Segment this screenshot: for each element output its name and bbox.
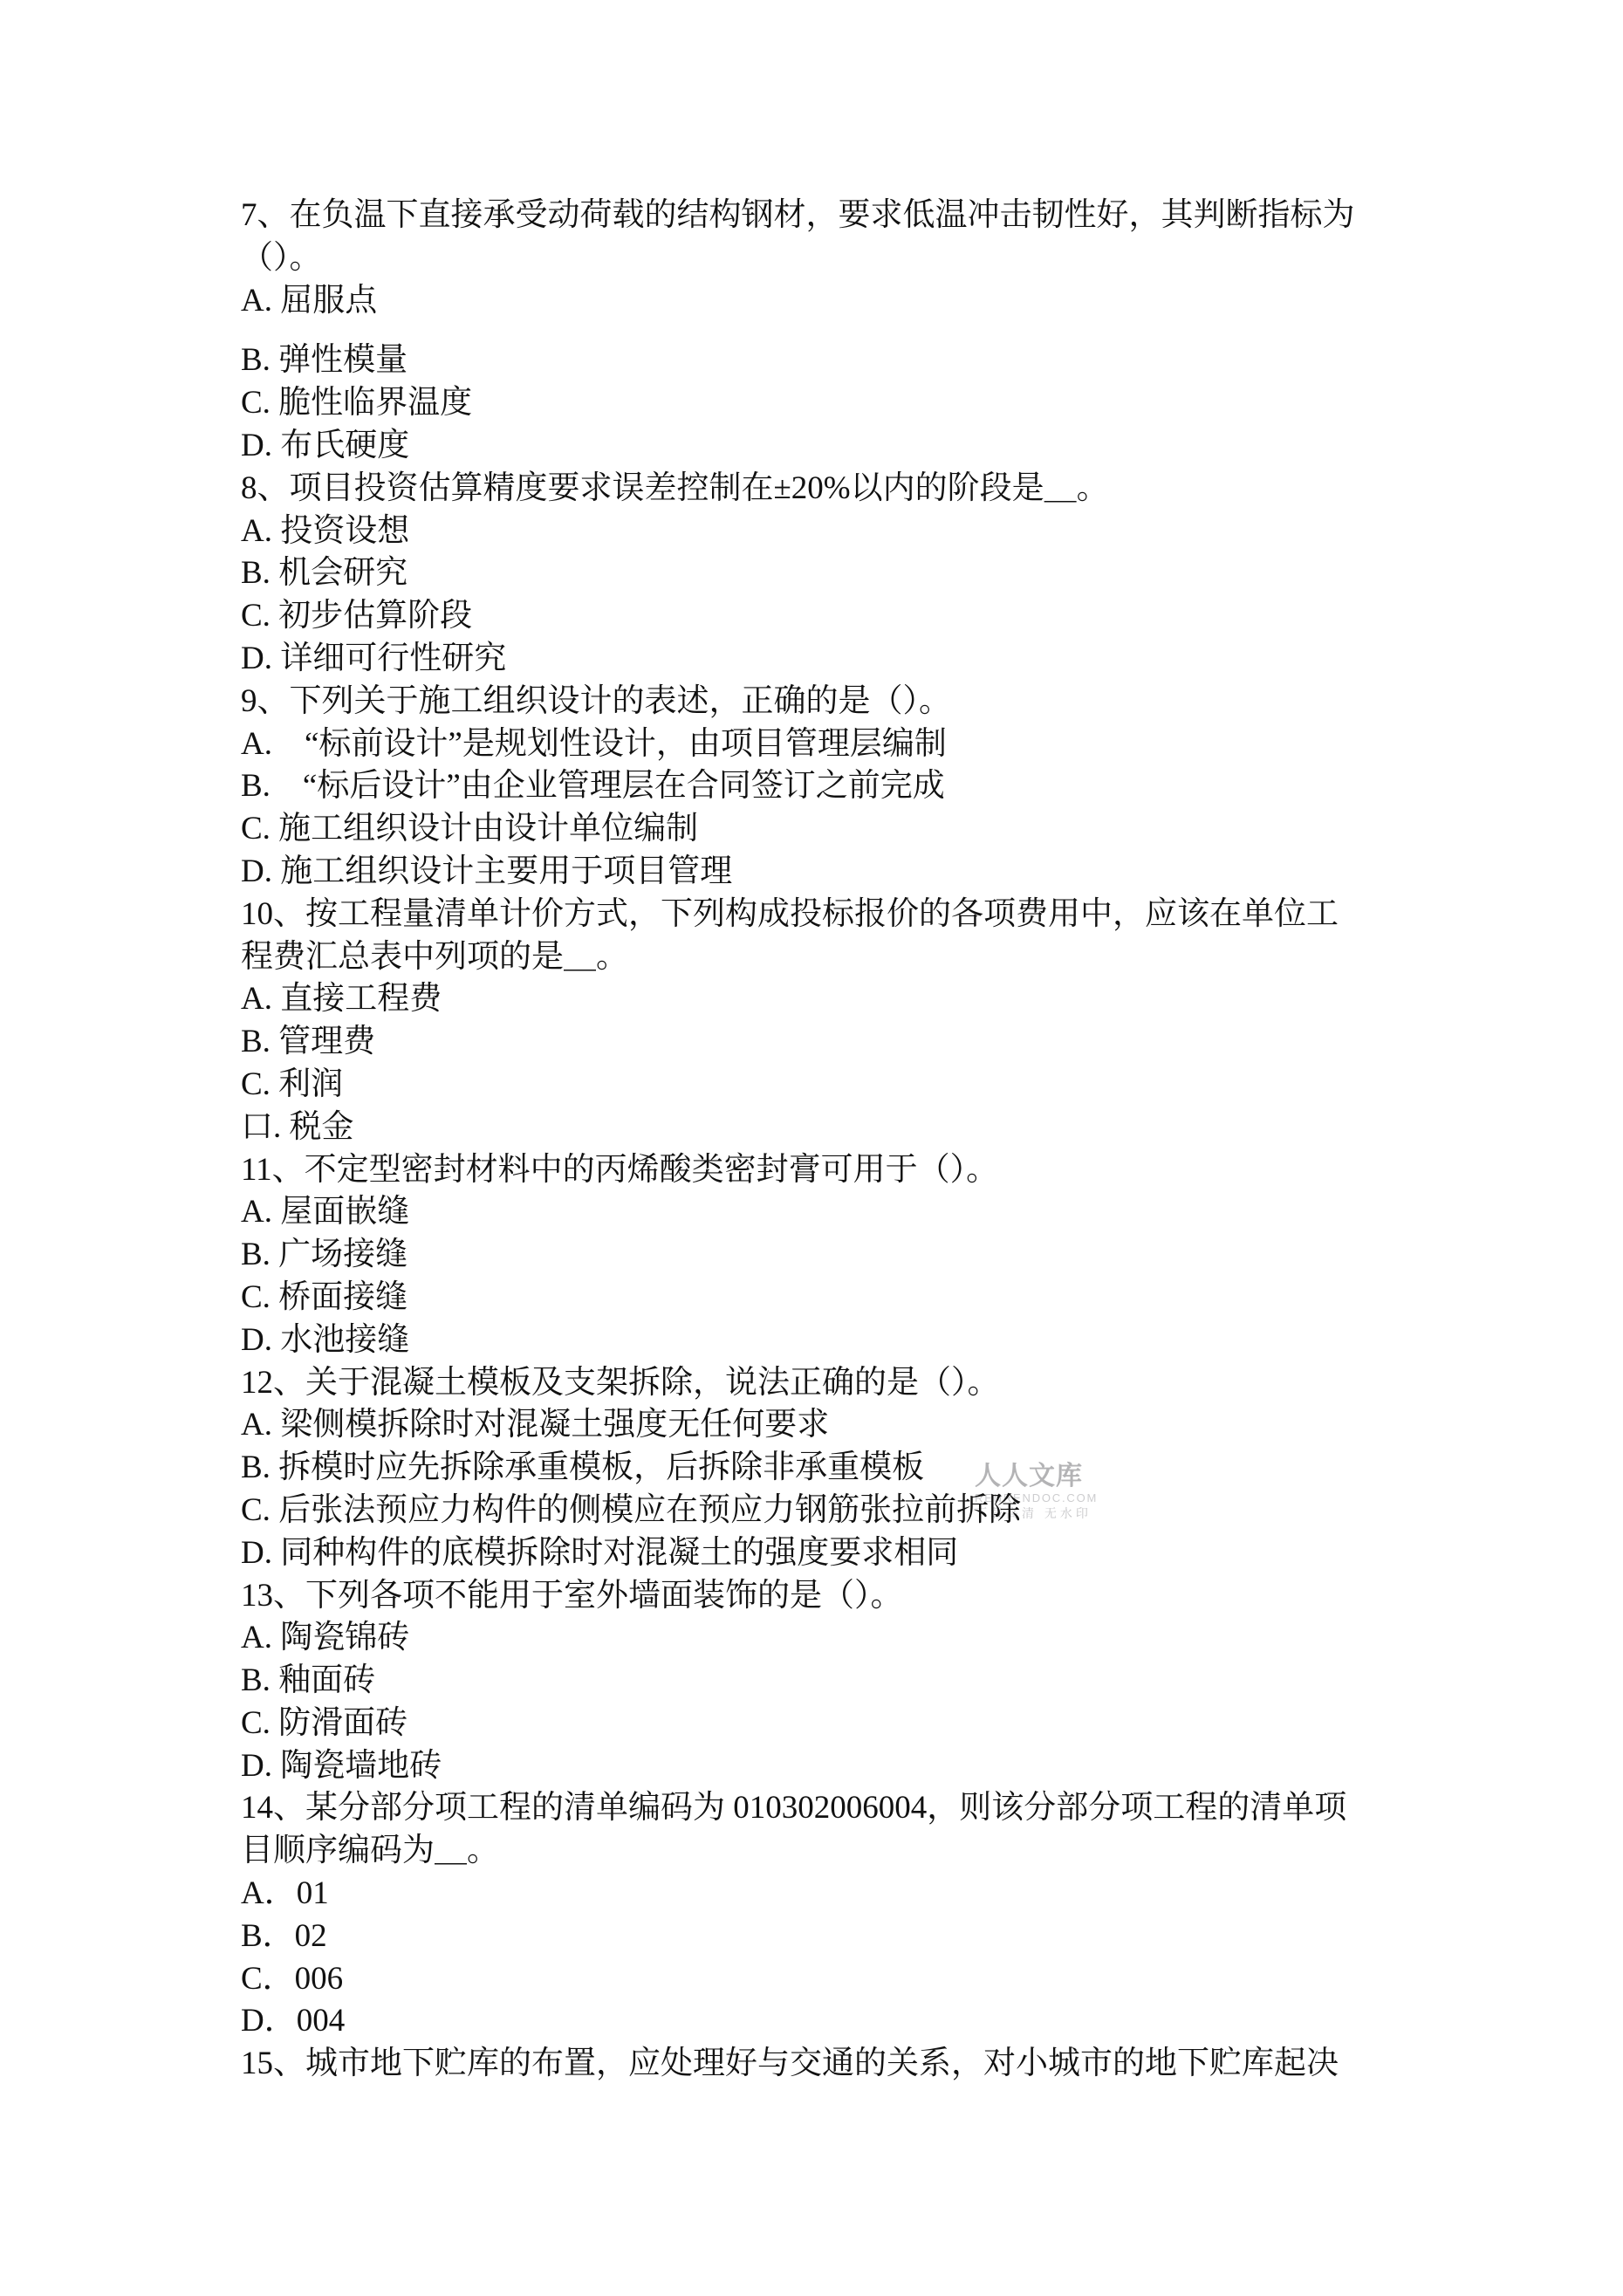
text-line: A. 直接工程费 bbox=[241, 978, 1355, 1021]
text-line: 10、按工程量清单计价方式，下列构成投标报价的各项费用中，应该在单位工 bbox=[241, 894, 1355, 936]
text-line: 程费汇总表中列项的是＿。 bbox=[241, 936, 1355, 979]
text-line: A. 梁侧模拆除时对混凝土强度无任何要求 bbox=[241, 1404, 1355, 1447]
text-line: D. 布氏硬度 bbox=[241, 425, 1355, 468]
text-line: A. 投资设想 bbox=[241, 511, 1355, 553]
text-line: A. 屋面嵌缝 bbox=[241, 1191, 1355, 1234]
text-line: D. 水池接缝 bbox=[241, 1319, 1355, 1362]
text-line: D. 同种构件的底模拆除时对混凝土的强度要求相同 bbox=[241, 1532, 1355, 1575]
text-line: B. 拆模时应先拆除承重模板，后拆除非承重模板 bbox=[241, 1447, 1355, 1490]
text-line: C．006 bbox=[241, 1958, 1355, 2001]
text-line: 12、关于混凝土模板及支架拆除，说法正确的是（）。 bbox=[241, 1362, 1355, 1405]
text-line: B. 弹性模量 bbox=[241, 339, 1355, 382]
text-line: C. 初步估算阶段 bbox=[241, 595, 1355, 638]
text-line: 8、项目投资估算精度要求误差控制在±20%以内的阶段是＿。 bbox=[241, 468, 1355, 511]
text-line: C. 后张法预应力构件的侧模应在预应力钢筋张拉前拆除 bbox=[241, 1490, 1355, 1532]
text-line: D. 陶瓷墙地砖 bbox=[241, 1745, 1355, 1788]
text-line: B. “标后设计”由企业管理层在合同签订之前完成 bbox=[241, 765, 1355, 808]
text-line: D. 施工组织设计主要用于项目管理 bbox=[241, 851, 1355, 894]
text-line: C. 防滑面砖 bbox=[241, 1703, 1355, 1745]
text-line: C. 施工组织设计由设计单位编制 bbox=[241, 808, 1355, 851]
text-line: 11、不定型密封材料中的丙烯酸类密封膏可用于（）。 bbox=[241, 1149, 1355, 1192]
text-line: 15、城市地下贮库的布置，应处理好与交通的关系，对小城市的地下贮库起决 bbox=[241, 2043, 1355, 2086]
text-line: 7、在负温下直接承受动荷载的结构钢材，要求低温冲击韧性好，其判断指标为 bbox=[241, 195, 1355, 237]
text-line: A. “标前设计”是规划性设计，由项目管理层编制 bbox=[241, 723, 1355, 766]
text-line: C. 桥面接缝 bbox=[241, 1277, 1355, 1319]
text-line: 14、某分部分项工程的清单编码为 010302006004，则该分部分项工程的清… bbox=[241, 1787, 1355, 1830]
text-line: 13、下列各项不能用于室外墙面装饰的是（）。 bbox=[241, 1575, 1355, 1618]
text-line: （）。 bbox=[241, 237, 1355, 280]
text-line: D. 详细可行性研究 bbox=[241, 638, 1355, 681]
text-line: B. 管理费 bbox=[241, 1021, 1355, 1064]
question-text-block: 7、在负温下直接承受动荷载的结构钢材，要求低温冲击韧性好，其判断指标为（）。A.… bbox=[241, 195, 1355, 2086]
text-line: A. 屈服点 bbox=[241, 280, 1355, 323]
text-line: 口. 税金 bbox=[241, 1107, 1355, 1149]
text-line: C. 脆性临界温度 bbox=[241, 382, 1355, 425]
text-line: C. 利润 bbox=[241, 1064, 1355, 1107]
text-line: B. 机会研究 bbox=[241, 552, 1355, 595]
text-line: B. 釉面砖 bbox=[241, 1660, 1355, 1703]
exam-document-page: 人人文库 RENRENDOC.COM 下载高清 无水印 7、在负温下直接承受动荷… bbox=[0, 0, 1623, 2296]
text-line: B．02 bbox=[241, 1916, 1355, 1958]
text-line: D．004 bbox=[241, 2000, 1355, 2043]
text-line: B. 广场接缝 bbox=[241, 1234, 1355, 1277]
text-line: A. 陶瓷锦砖 bbox=[241, 1617, 1355, 1660]
text-line: 9、下列关于施工组织设计的表述，正确的是（）。 bbox=[241, 681, 1355, 723]
text-line: A．01 bbox=[241, 1873, 1355, 1916]
text-line: 目顺序编码为＿。 bbox=[241, 1830, 1355, 1873]
